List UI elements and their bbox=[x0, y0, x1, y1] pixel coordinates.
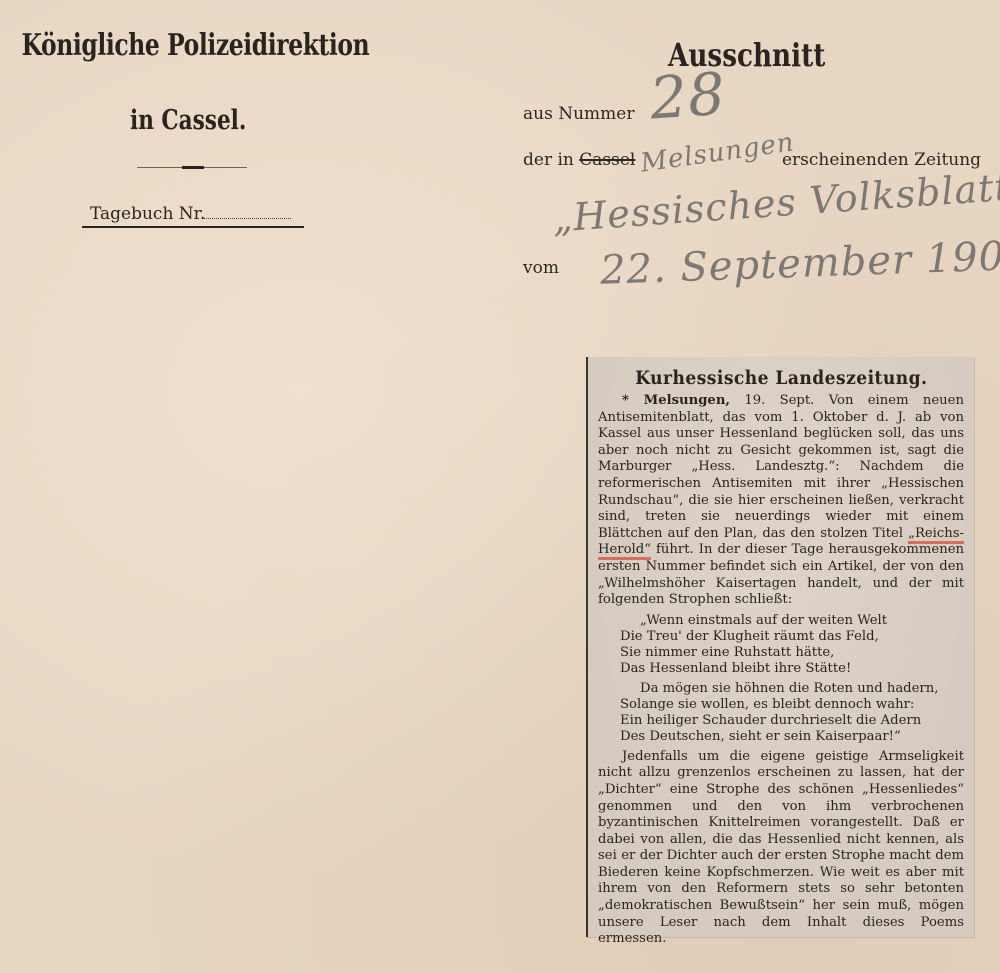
struck-place: Cassel bbox=[579, 150, 635, 170]
poem-line: Des Deutschen, sieht er sein Kaiserpaar!… bbox=[598, 729, 964, 745]
date-label: vom bbox=[523, 258, 559, 278]
poem-line: Die Treu' der Klugheit räumt das Feld, bbox=[598, 629, 964, 645]
article-paragraph-1: * Melsungen, 19. Sept. Von einem neuen A… bbox=[598, 393, 964, 609]
paragraph-1-end: führt. In der dieser Tage herausgekommen… bbox=[598, 542, 964, 607]
diary-number-field bbox=[203, 214, 291, 219]
authority-heading: Königliche Polizeidirektion bbox=[18, 28, 373, 63]
clipping-masthead: Kurhessische Landeszeitung. bbox=[598, 367, 964, 389]
handwritten-date: 22. September 1907. bbox=[599, 232, 1000, 294]
poem-line: Da mögen sie höhnen die Roten und hadern… bbox=[598, 681, 964, 697]
masthead-text: Kurhessische Landeszeitung. bbox=[635, 367, 927, 389]
diary-underline bbox=[82, 226, 304, 228]
handwritten-number: 28 bbox=[648, 59, 728, 132]
poem-block: „Wenn einstmals auf der weiten Welt Die … bbox=[598, 613, 964, 745]
dateline: * Melsungen, bbox=[622, 393, 730, 408]
dateline-date: 19. Sept. bbox=[744, 393, 814, 408]
handwritten-newspaper-name: „Hessisches Volksblatt“ bbox=[551, 163, 1000, 240]
poem-line: Das Hessenland bleibt ihre Stätte! bbox=[598, 661, 964, 677]
handwritten-place: Melsungen bbox=[639, 127, 797, 178]
in-label: der in bbox=[523, 150, 574, 170]
poem-line: „Wenn einstmals auf der weiten Welt bbox=[598, 613, 964, 629]
diary-number-label: Tagebuch Nr. bbox=[90, 204, 205, 224]
paragraph-1-start: Von einem neuen Antisemitenblatt, das vo… bbox=[598, 393, 964, 541]
place-line: der in Cassel bbox=[523, 150, 635, 170]
ornament-divider-center bbox=[182, 166, 204, 169]
article-paragraph-2: Jedenfalls um die eigene geistige Armsel… bbox=[598, 749, 964, 948]
poem-line: Sie nimmer eine Ruhstatt hätte, bbox=[598, 645, 964, 661]
newspaper-suffix: erscheinenden Zeitung bbox=[782, 150, 981, 170]
paragraph-2-text: Jedenfalls um die eigene geistige Armsel… bbox=[598, 749, 964, 947]
poem-line: Solange sie wollen, es bleibt dennoch wa… bbox=[598, 697, 964, 713]
newspaper-clipping: Kurhessische Landeszeitung. * Melsungen,… bbox=[586, 357, 974, 937]
poem-line: Ein heiliger Schauder durchrieselt die A… bbox=[598, 713, 964, 729]
city-heading: in Cassel. bbox=[130, 105, 246, 136]
number-label: aus Nummer bbox=[523, 104, 634, 124]
